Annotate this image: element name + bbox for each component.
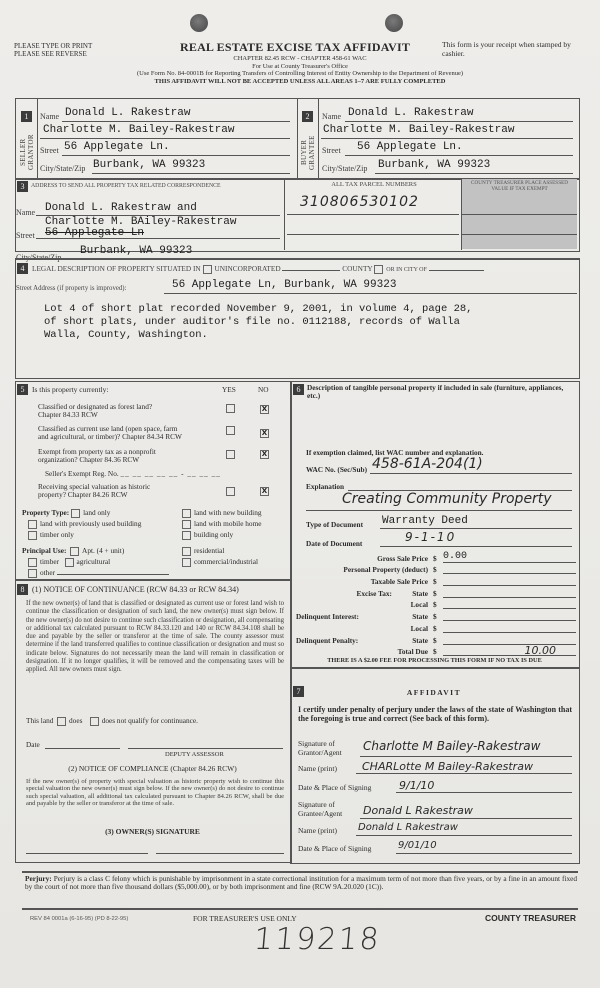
underline xyxy=(62,121,290,122)
seller-street-label: Street xyxy=(40,146,59,155)
q-current-use: Classified as current use land (open spa… xyxy=(38,425,228,441)
seller-city-label: City/State/Zip xyxy=(40,164,85,173)
corr-city[interactable]: Burbank, WA 99323 xyxy=(80,245,192,257)
grantor-signature[interactable]: Charlotte M Bailey-Rakestraw xyxy=(363,739,540,753)
grantee-name-label: Name (print) xyxy=(298,826,337,835)
buyer-city-label: City/State/Zip xyxy=(322,164,367,173)
no-header: NO xyxy=(258,385,269,394)
personal-property-heading: Description of tangible personal propert… xyxy=(307,384,575,401)
city-checkbox[interactable] xyxy=(374,265,383,274)
seller-city[interactable]: Burbank, WA 99323 xyxy=(93,159,205,171)
corr-name-1[interactable]: Donald L. Rakestraw and xyxy=(45,202,197,214)
section-number-6: 6 xyxy=(293,384,304,395)
underline xyxy=(396,792,572,793)
explanation-label: Explanation xyxy=(306,482,344,491)
underline xyxy=(345,121,573,122)
personal-property-field[interactable] xyxy=(443,563,576,574)
affidavit-page: PLEASE TYPE OR PRINT PLEASE SEE REVERSE … xyxy=(0,0,600,988)
section-number-4: 4 xyxy=(17,263,28,274)
nonprofit-yes-checkbox[interactable] xyxy=(226,450,235,459)
perjury-notice: Perjury: Perjury is a class C felony whi… xyxy=(25,875,577,892)
land-prev-building-checkbox[interactable] xyxy=(28,520,37,529)
divider xyxy=(318,98,319,178)
buyer-name-label: Name xyxy=(322,112,341,121)
punch-hole xyxy=(190,14,208,32)
explanation-value[interactable]: Creating Community Property xyxy=(342,491,552,507)
agricultural-checkbox[interactable] xyxy=(65,558,74,567)
grantee-signature-label: Signature ofGrantee/Agent xyxy=(298,801,342,818)
street-address-label: Street Address (if property is improved)… xyxy=(16,285,126,292)
grantor-date[interactable]: 9/1/10 xyxy=(399,779,434,792)
buyer-city[interactable]: Burbank, WA 99323 xyxy=(378,159,490,171)
seller-name-label: Name xyxy=(40,112,59,121)
owner-signature-heading: (3) OWNER(S) SIGNATURE xyxy=(15,827,290,836)
underline xyxy=(396,853,572,854)
affidavit-heading: AFFIDAVIT xyxy=(290,688,578,697)
underline xyxy=(287,214,459,215)
historic-no-checkbox[interactable]: X xyxy=(260,487,269,496)
current-use-no-checkbox[interactable]: X xyxy=(260,429,269,438)
seller-name-1[interactable]: Donald L. Rakestraw xyxy=(65,107,190,119)
underline xyxy=(462,234,577,235)
wac-label: WAC No. (Sec/Sub) xyxy=(306,465,367,474)
buyer-name-1[interactable]: Donald L. Rakestraw xyxy=(348,107,473,119)
continuance-body: If the new owner(s) of land that is clas… xyxy=(26,600,284,675)
seller-grantor-label: SELLERGRANTOR xyxy=(19,130,35,175)
unincorporated-checkbox[interactable] xyxy=(203,265,212,274)
property-question: Is this property currently: xyxy=(32,385,108,394)
q-forest-land: Classified or designated as forest land?… xyxy=(38,403,228,419)
delinquent-penalty-field[interactable] xyxy=(443,634,576,645)
compliance-body: If the new owner(s) of property with spe… xyxy=(26,778,284,807)
assessor-line[interactable] xyxy=(128,748,283,749)
exempt-reg-label: Seller's Exempt Reg. No. __ __ __ __ __ … xyxy=(45,469,221,478)
certify-text: I certify under penalty of perjury under… xyxy=(298,705,572,723)
property-street-address[interactable]: 56 Applegate Ln, Burbank, WA 99323 xyxy=(172,279,396,291)
compliance-heading: (2) NOTICE OF COMPLIANCE (Chapter 84.26 … xyxy=(15,764,290,773)
underline xyxy=(306,510,572,511)
chapter-text: CHAPTER 82.45 RCW - CHAPTER 458-61 WAC xyxy=(0,55,600,63)
form-title: REAL ESTATE EXCISE TAX AFFIDAVIT xyxy=(180,40,410,55)
grantor-signature-label: Signature ofGrantor/Agent xyxy=(298,740,342,757)
parcel-heading: ALL TAX PARCEL NUMBERS xyxy=(290,181,458,188)
total-due-field[interactable]: 10.00 xyxy=(443,644,576,656)
continuance-heading: (1) NOTICE OF CONTINUANCE (RCW 84.33 or … xyxy=(32,585,239,594)
revision-code: REV 84 0001a (6-16-95) (PD 8-22-95) xyxy=(30,916,128,922)
buyer-name-2[interactable]: Charlotte M. Bailey-Rakestraw xyxy=(323,124,514,136)
corr-name-label: Name xyxy=(16,208,35,217)
underline xyxy=(356,835,572,836)
amounts-table: Gross Sale Price$0.00 Personal Property … xyxy=(296,551,576,656)
forest-yes-checkbox[interactable] xyxy=(226,404,235,413)
divider xyxy=(22,871,578,873)
owner-signature-line-2[interactable] xyxy=(156,853,284,854)
other-checkbox[interactable] xyxy=(28,569,37,578)
grantee-date-label: Date & Place of Signing xyxy=(298,844,371,853)
delinquent-interest-state-field[interactable] xyxy=(443,610,576,621)
excise-state-field[interactable] xyxy=(443,587,576,598)
divider xyxy=(284,178,285,250)
underline xyxy=(287,234,459,235)
underline xyxy=(36,238,280,239)
grantee-date[interactable]: 9/01/10 xyxy=(398,840,437,851)
qualify-line: This land does does not qualify for cont… xyxy=(26,716,198,726)
date-line[interactable] xyxy=(45,748,120,749)
property-type-group: Property Type: land onlyland with new bu… xyxy=(22,507,287,540)
fee-notice: THERE IS A $2.00 FEE FOR PROCESSING THIS… xyxy=(291,657,578,664)
divider xyxy=(37,98,38,178)
for-use-text: For Use at County Treasurer's Office xyxy=(0,63,600,71)
land-new-building-checkbox[interactable] xyxy=(182,509,191,518)
header-subtitle: CHAPTER 82.45 RCW - CHAPTER 458-61 WAC F… xyxy=(0,55,600,85)
q-nonprofit: Exempt from property tax as a nonprofito… xyxy=(38,448,228,464)
correspondence-heading: ADDRESS TO SEND ALL PROPERTY TAX RELATED… xyxy=(31,183,221,189)
section-number-2: 2 xyxy=(302,111,313,122)
punch-hole xyxy=(385,14,403,32)
underline xyxy=(462,214,577,215)
treasurer-heading: COUNTY TREASURER PLACE ASSESSED VALUE IF… xyxy=(462,181,577,193)
underline xyxy=(375,173,573,174)
forest-no-checkbox[interactable]: X xyxy=(260,405,269,414)
building-only-checkbox[interactable] xyxy=(182,531,191,540)
buyer-grantee-label: BUYERGRANTEE xyxy=(300,130,316,175)
county-treasurer-label: COUNTY TREASURER xyxy=(485,913,576,923)
doc-type-label: Type of Document xyxy=(306,520,363,529)
parcel-number[interactable]: 310806530102 xyxy=(300,194,419,210)
principal-use-group: Principal Use: Apt. (4 + unit)residentia… xyxy=(22,545,287,578)
commercial-checkbox[interactable] xyxy=(182,558,191,567)
divider xyxy=(297,98,298,178)
seller-name-2[interactable]: Charlotte M. Bailey-Rakestraw xyxy=(43,124,234,136)
q-historic: Receiving special valuation as historicp… xyxy=(38,483,228,499)
legal-description-text[interactable]: Lot 4 of short plat recorded November 9,… xyxy=(44,303,472,342)
section-number-5: 5 xyxy=(17,384,28,395)
underline xyxy=(360,756,572,757)
gross-sale-price[interactable]: 0.00 xyxy=(443,551,576,563)
residential-checkbox[interactable] xyxy=(182,547,191,556)
section-number-1: 1 xyxy=(21,111,32,122)
section-number-3: 3 xyxy=(17,181,28,192)
excise-local-field[interactable] xyxy=(443,598,576,609)
wac-value[interactable]: 458-61A-204(1) xyxy=(372,456,483,472)
land-only-checkbox[interactable] xyxy=(71,509,80,518)
grantee-name[interactable]: Donald L Rakestraw xyxy=(358,822,458,833)
doc-date-value[interactable]: 9-1-10 xyxy=(405,530,456,544)
does-not-checkbox[interactable] xyxy=(90,717,99,726)
underline xyxy=(321,138,573,139)
deputy-assessor-label: DEPUTY ASSESSOR xyxy=(165,751,224,758)
underline xyxy=(380,528,572,529)
timber-only-checkbox[interactable] xyxy=(28,531,37,540)
stamp-number: 119218 xyxy=(252,922,382,957)
warning-text: THIS AFFIDAVIT WILL NOT BE ACCEPTED UNLE… xyxy=(0,78,600,86)
legal-heading: LEGAL DESCRIPTION OF PROPERTY SITUATED I… xyxy=(32,264,484,274)
underline xyxy=(380,546,572,547)
underline xyxy=(345,155,573,156)
section-number-8: 8 xyxy=(17,584,28,595)
taxable-sale-price-field[interactable] xyxy=(443,575,576,586)
underline xyxy=(40,138,290,139)
corr-street-label: Street xyxy=(16,231,35,240)
date-label: Date xyxy=(26,740,40,749)
timber-checkbox[interactable] xyxy=(28,558,37,567)
grantee-signature[interactable]: Donald L Rakestraw xyxy=(363,804,473,817)
divider xyxy=(22,908,578,910)
does-checkbox[interactable] xyxy=(57,717,66,726)
underline xyxy=(360,818,572,819)
grantor-name-label: Name (print) xyxy=(298,764,337,773)
underline xyxy=(370,473,572,474)
buyer-street-label: Street xyxy=(322,146,341,155)
doc-type-value[interactable]: Warranty Deed xyxy=(382,515,468,527)
grantor-name[interactable]: CHARLotte M Bailey-Rakestraw xyxy=(362,760,533,773)
current-use-yes-checkbox[interactable] xyxy=(226,426,235,435)
nonprofit-no-checkbox[interactable]: X xyxy=(260,450,269,459)
buyer-street[interactable]: 56 Applegate Ln. xyxy=(357,141,463,153)
doc-date-label: Date of Document xyxy=(306,539,362,548)
delinquent-interest-local-field[interactable] xyxy=(443,622,576,633)
historic-yes-checkbox[interactable] xyxy=(226,487,235,496)
owner-signature-line-1[interactable] xyxy=(26,853,148,854)
underline xyxy=(356,773,572,774)
use-form-text: (Use Form No. 84-0001B for Reporting Tra… xyxy=(0,70,600,78)
seller-street[interactable]: 56 Applegate Ln. xyxy=(64,141,170,153)
yes-header: YES xyxy=(222,385,236,394)
grantor-date-label: Date & Place of Signing xyxy=(298,783,371,792)
underline xyxy=(62,155,290,156)
land-mobile-home-checkbox[interactable] xyxy=(182,520,191,529)
apt-checkbox[interactable] xyxy=(70,547,79,556)
underline xyxy=(164,293,577,294)
underline xyxy=(92,173,290,174)
